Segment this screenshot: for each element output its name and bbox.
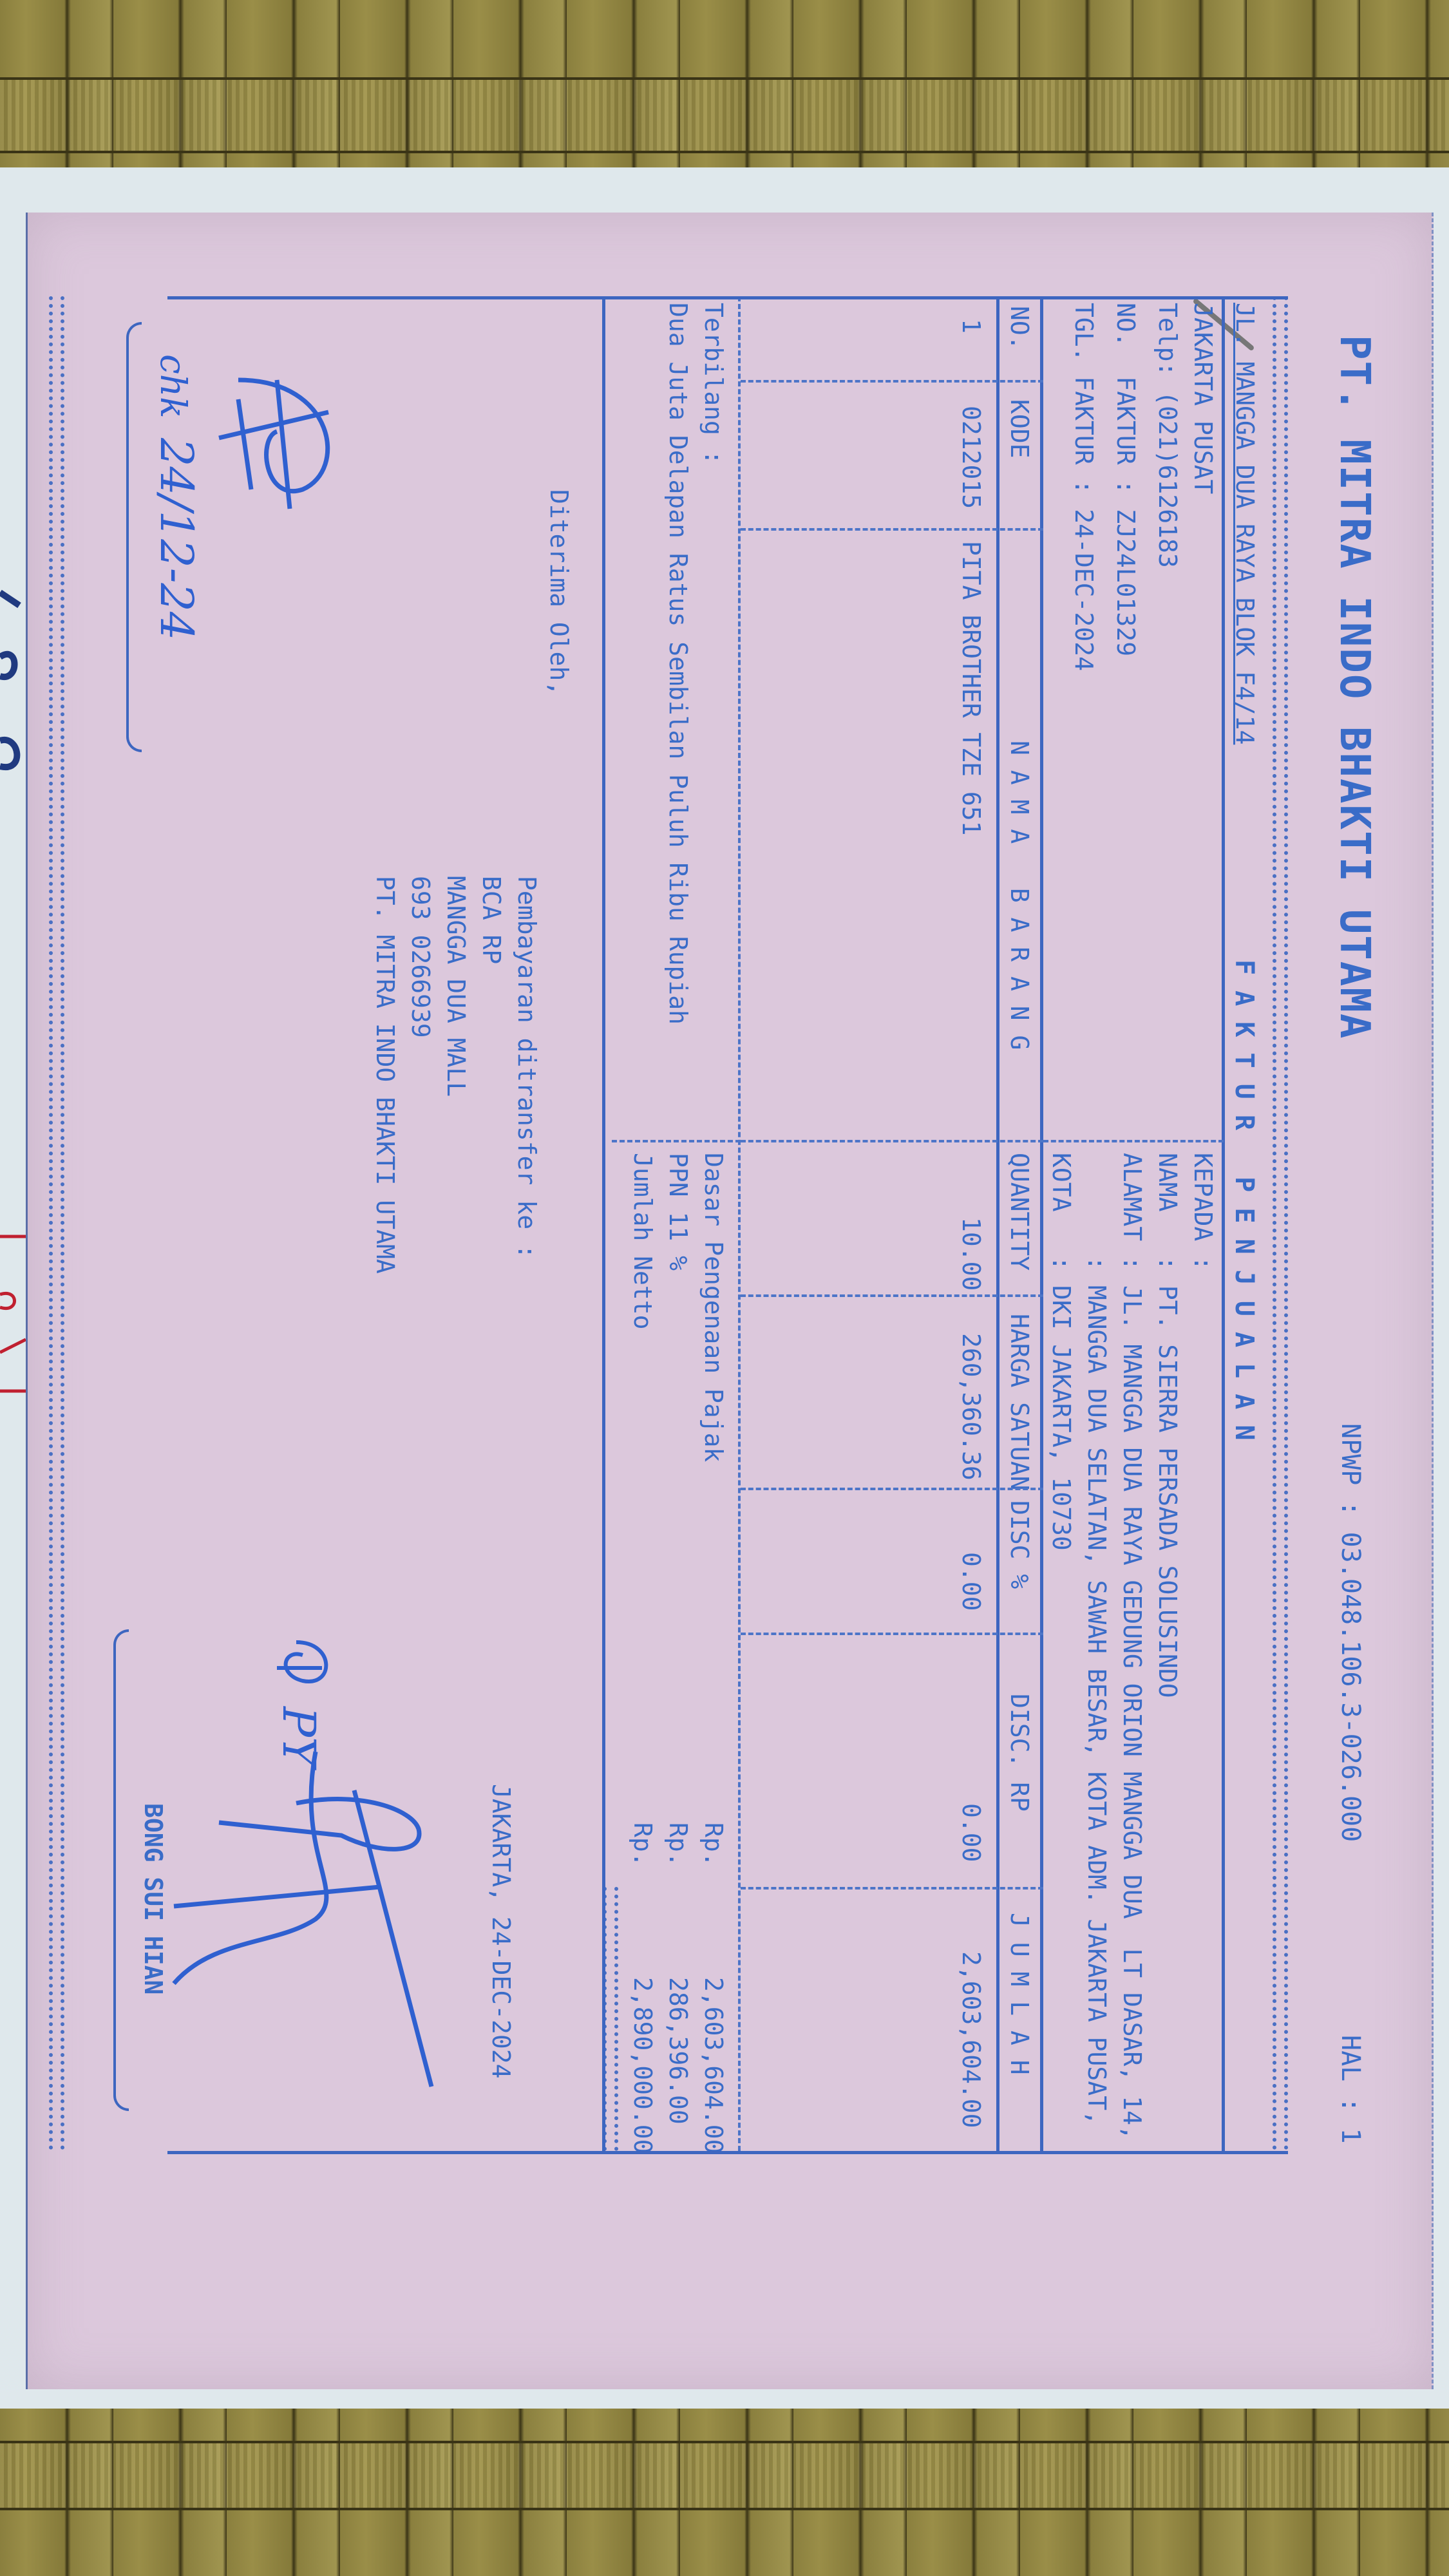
dpp-label: Dasar Pengenaan Pajak: [699, 1153, 728, 1462]
issuer-signature-icon: [148, 1726, 509, 2177]
invoice-title: F A K T U R P E N J U A L A N: [1229, 960, 1259, 1441]
header-divider: [1273, 296, 1288, 2151]
terbilang-label: Terbilang :: [699, 303, 728, 465]
buyer-address-1: ALAMAT : JL. MANGGA DUA RAYA GEDUNG ORIO…: [1118, 1153, 1146, 2140]
buyer-divider: [1043, 1140, 1224, 1142]
col-header-disc-rp: DISC. RP: [1005, 1694, 1034, 1812]
footer-divider: [49, 296, 64, 2151]
outside-mark-red: [0, 1224, 26, 1417]
row-harga: 260,360.36: [957, 1333, 985, 1481]
col-header-nama: N A M A B A R A N G: [1005, 741, 1034, 1050]
chair-background-bottom: [0, 2383, 1449, 2576]
netto-currency: Rp.: [629, 1823, 657, 1867]
row-nama: PITA BROTHER TZE 651: [957, 541, 985, 836]
npwp: NPWP : 03.048.106.3-026.000: [1336, 1423, 1365, 1842]
page-number: HAL : 1: [1336, 2035, 1365, 2144]
row-qty: 10.00: [957, 1217, 985, 1291]
ppn-value: 286,396.00: [664, 1977, 692, 2125]
frame-left-line: [167, 296, 1288, 299]
invoice-number: NO. FAKTUR : ZJ24L01329: [1112, 303, 1140, 656]
ppn-label: PPN 11 %: [664, 1153, 692, 1271]
col-sep: [741, 1294, 1043, 1297]
received-by-label: Diterima Oleh,: [545, 489, 573, 696]
payment-line2: BCA RP: [477, 876, 506, 964]
dpp-value: 2,603,604.00: [699, 1977, 728, 2154]
col-sep: [741, 1140, 1043, 1142]
title-underline: [1222, 296, 1225, 2151]
col-sep: [741, 380, 1043, 383]
receiver-signature-icon: 24/12-24 chk: [135, 341, 431, 921]
invoice-date: TGL. FAKTUR : 24-DEC-2024: [1070, 303, 1098, 671]
payment-line5: PT. MITRA INDO BHAKTI UTAMA: [371, 876, 399, 1274]
netto-value: 2,890,000.00: [629, 1977, 657, 2154]
seller-address-line1: JL. MANGGA DUA RAYA BLOK F4/14: [1231, 303, 1259, 744]
buyer-label: KEPADA :: [1189, 1153, 1217, 1271]
payment-line3: MANGGA DUA MALL: [442, 876, 470, 1097]
row-no: 1: [957, 319, 985, 334]
row-kode: 0212015: [957, 406, 985, 509]
col-header-no: NO.: [1005, 306, 1034, 350]
buyer-address-2: : MANGGA DUA SELATAN, SAWAH BESAR, KOTA …: [1083, 1153, 1111, 2125]
col-sep: [741, 1887, 1043, 1889]
col-header-qty: QUANTITY: [1005, 1153, 1034, 1271]
col-header-disc-pct: DISC %: [1005, 1501, 1034, 1589]
table-bottom-line: [738, 296, 741, 2151]
buyer-city: KOTA : DKI JAKARTA, 10730: [1047, 1153, 1075, 1551]
outside-mark-blue: [0, 580, 26, 837]
terbilang-text: Dua Juta Delapan Ratus Sembilan Puluh Ri…: [664, 303, 692, 1025]
payment-line1: Pembayaran ditransfer ke :: [513, 876, 541, 1259]
invoice: PT. MITRA INDO BHAKTI UTAMA NPWP : 03.04…: [26, 213, 1430, 2389]
table-header-line: [996, 296, 999, 2151]
totals-divider: [612, 1140, 741, 1142]
row-disc-pct: 0.00: [957, 1552, 985, 1611]
seller-phone: Telp: (021)6126183: [1153, 303, 1182, 568]
col-sep: [741, 528, 1043, 531]
table-top-line: [1040, 296, 1043, 2151]
dpp-currency: Rp.: [699, 1823, 728, 1867]
col-sep: [741, 1488, 1043, 1490]
footer-top-line: [602, 296, 605, 2151]
netto-label: Jumlah Netto: [629, 1153, 657, 1330]
col-header-kode: KODE: [1005, 399, 1034, 459]
col-header-harga: HARGA SATUAN: [1005, 1314, 1034, 1491]
ppn-currency: Rp.: [664, 1823, 692, 1867]
row-disc-rp: 0.00: [957, 1803, 985, 1862]
issuer-signature-line: [113, 1629, 129, 2111]
company-name: PT. MITRA INDO BHAKTI UTAMA: [1331, 335, 1378, 1039]
seller-city: JAKARTA PUSAT: [1189, 303, 1217, 494]
col-header-jumlah: J U M L A H: [1005, 1913, 1034, 2075]
svg-text:24/12-24: 24/12-24: [150, 437, 203, 640]
svg-text:chk: chk: [153, 354, 194, 419]
row-jumlah: 2,603,604.00: [957, 1951, 985, 2128]
col-sep: [741, 1633, 1043, 1635]
buyer-name: NAMA : PT. SIERRA PERSADA SOLUSINDO: [1153, 1153, 1182, 1698]
